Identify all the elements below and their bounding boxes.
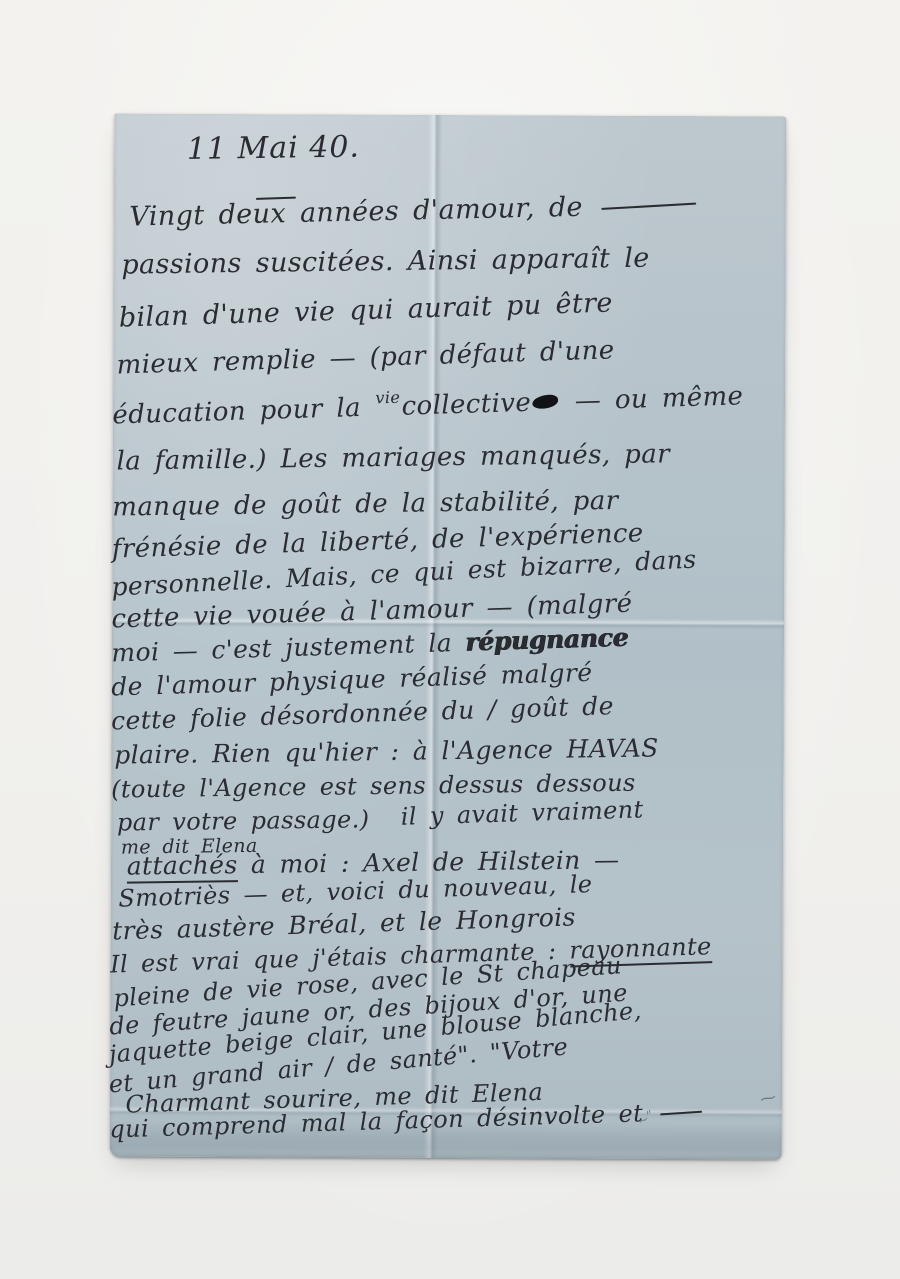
letter-text: mieux remplie — (par défaut d'une (116, 335, 615, 380)
letter-text: passions suscitées. Ainsi apparaît le (121, 243, 650, 281)
letter-text: la famille.) Les mariages manqués, par (116, 439, 670, 476)
letter-text: plaire. Rien qu'hier : à l'Agence HAVAS (114, 733, 659, 769)
letter-text: moi — c'est justement la (111, 628, 466, 668)
letter-text: éducation pour la (112, 393, 375, 431)
letter-text: attachés (127, 850, 238, 883)
letter-line: il y avait vraiment (400, 795, 644, 830)
pen-stroke (660, 1110, 702, 1115)
letter-text: — ou même (561, 381, 744, 417)
letter-text: répugnance (465, 623, 629, 657)
letter-text: bilan d'une vie qui aurait pu être (118, 287, 613, 333)
letter-date: 11 Mai 40. (187, 130, 361, 167)
letter-body: Vingt deux années d'amour, de passions s… (114, 114, 786, 117)
pencil-mark: ⁓ (758, 1087, 778, 1109)
letter-line: bilan d'une vie qui aurait pu être (118, 287, 613, 333)
letter-paper: 11 Mai 40. Vingt deux années d'amour, de… (110, 114, 787, 1160)
photo-background: { "colors": { "background": "#f1f0ed", "… (0, 0, 900, 1279)
letter-text: Vingt deux années d'amour, de (129, 191, 597, 232)
letter-line: par votre passage.) (117, 805, 370, 836)
letter-line: manque de goût de la stabilité, par (112, 486, 619, 523)
letter-line: la famille.) Les mariages manqués, par (116, 439, 670, 476)
letter-text: manque de goût de la stabilité, par (112, 486, 619, 523)
ink-blot (531, 393, 559, 410)
pen-stroke (601, 202, 696, 209)
letter-text: collective (401, 388, 531, 422)
letter-line: Vingt deux années d'amour, de (129, 189, 698, 232)
letter-line: mieux remplie — (par défaut d'une (116, 335, 615, 380)
letter-text: il y avait vraiment (400, 795, 644, 830)
letter-text: par votre passage.) (117, 805, 370, 836)
letter-line: passions suscitées. Ainsi apparaît le (121, 243, 650, 281)
letter-text: vie (375, 388, 401, 408)
letter-line: plaire. Rien qu'hier : à l'Agence HAVAS (114, 733, 659, 769)
